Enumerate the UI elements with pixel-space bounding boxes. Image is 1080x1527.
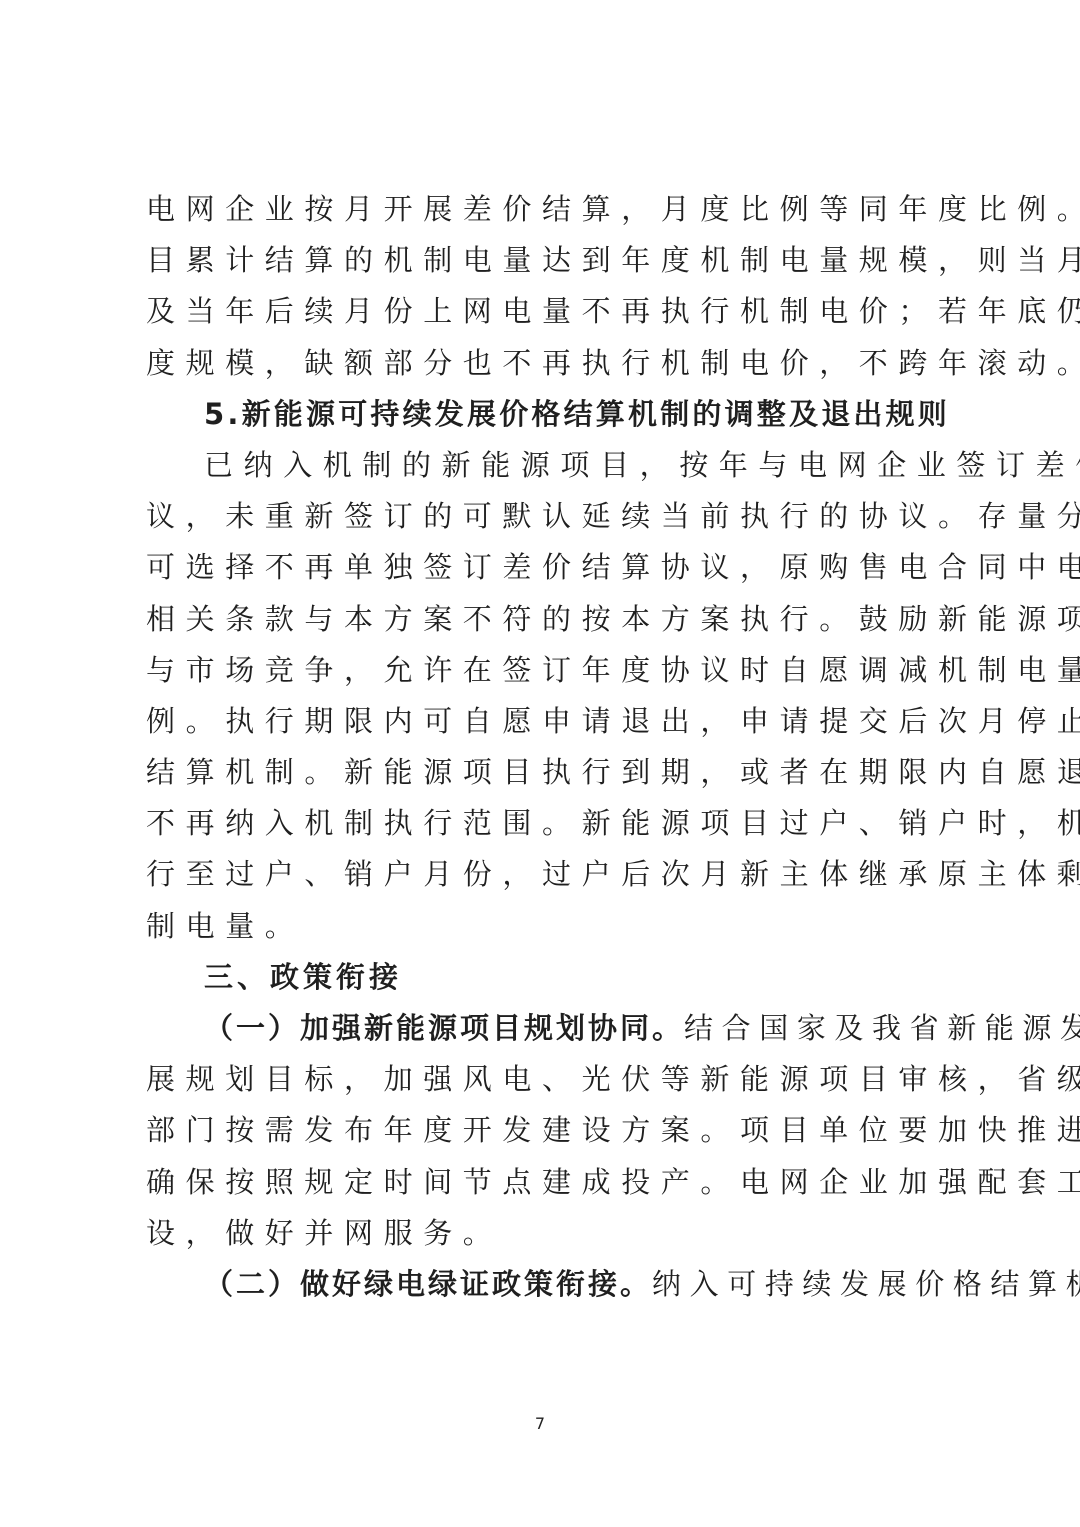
text-line: 设，做好并网服务。	[146, 1208, 946, 1259]
text-line: 展规划目标，加强风电、光伏等新能源项目审核，省级能源主管	[146, 1054, 946, 1105]
text-line: 议，未重新签订的可默认延续当前执行的协议。存量分布式项目	[146, 491, 946, 542]
paragraph-adjustment-exit: 已纳入机制的新能源项目，按年与电网企业签订差价结算协 议，未重新签订的可默认延续…	[146, 440, 946, 952]
text-line: 行至过户、销户月份，过户后次月新主体继承原主体剩余年度机	[146, 849, 946, 900]
text-line: 结算机制。新能源项目执行到期，或者在期限内自愿退出的，均	[146, 747, 946, 798]
text-line: 例。执行期限内可自愿申请退出，申请提交后次月停止执行差价	[146, 696, 946, 747]
document-page: 电网企业按月开展差价结算，月度比例等同年度比例。若增量项 目累计结算的机制电量达…	[146, 184, 946, 1310]
text-line: 不再纳入机制执行范围。新能源项目过户、销户时，机制电量执	[146, 798, 946, 849]
text-line: （一）加强新能源项目规划协同。结合国家及我省新能源发	[146, 1003, 946, 1054]
text-line: 度规模，缺额部分也不再执行机制电价，不跨年滚动。	[146, 338, 946, 389]
bold-lead-text: （一）加强新能源项目规划协同。	[204, 1011, 684, 1045]
text-line: 部门按需发布年度开发建设方案。项目单位要加快推进项目建设，	[146, 1105, 946, 1156]
text-line: 相关条款与本方案不符的按本方案执行。鼓励新能源项目主动参	[146, 594, 946, 645]
text-line: 目累计结算的机制电量达到年度机制电量规模，则当月超过部分	[146, 235, 946, 286]
text-line: 可选择不再单独签订差价结算协议，原购售电合同中电价、结算	[146, 542, 946, 593]
text-run: 纳入可持续发展价格结算机	[652, 1267, 1080, 1301]
bold-lead-text: （二）做好绿电绿证政策衔接。	[204, 1267, 652, 1301]
text-line: （二）做好绿电绿证政策衔接。纳入可持续发展价格结算机	[146, 1259, 946, 1310]
text-line: 确保按照规定时间节点建成投产。电网企业加强配套工程规划建	[146, 1157, 946, 1208]
text-line: 已纳入机制的新能源项目，按年与电网企业签订差价结算协	[146, 440, 946, 491]
text-run: 结合国家及我省新能源发	[684, 1011, 1080, 1045]
paragraph-settlement: 电网企业按月开展差价结算，月度比例等同年度比例。若增量项 目累计结算的机制电量达…	[146, 184, 946, 389]
text-line: 电网企业按月开展差价结算，月度比例等同年度比例。若增量项	[146, 184, 946, 235]
section-heading-policy-connection: 三、政策衔接	[146, 952, 946, 1003]
text-line: 与市场竞争，允许在签订年度协议时自愿调减机制电量规模及比	[146, 645, 946, 696]
text-line: 及当年后续月份上网电量不再执行机制电价；若年底仍未达到年	[146, 286, 946, 337]
paragraph-green-certificate: （二）做好绿电绿证政策衔接。纳入可持续发展价格结算机	[146, 1259, 946, 1310]
page-number: 7	[0, 1414, 1080, 1433]
subheading-adjustment-exit-rules: 5.新能源可持续发展价格结算机制的调整及退出规则	[146, 389, 946, 440]
paragraph-planning-coordination: （一）加强新能源项目规划协同。结合国家及我省新能源发 展规划目标，加强风电、光伏…	[146, 1003, 946, 1259]
text-line: 制电量。	[146, 901, 946, 952]
